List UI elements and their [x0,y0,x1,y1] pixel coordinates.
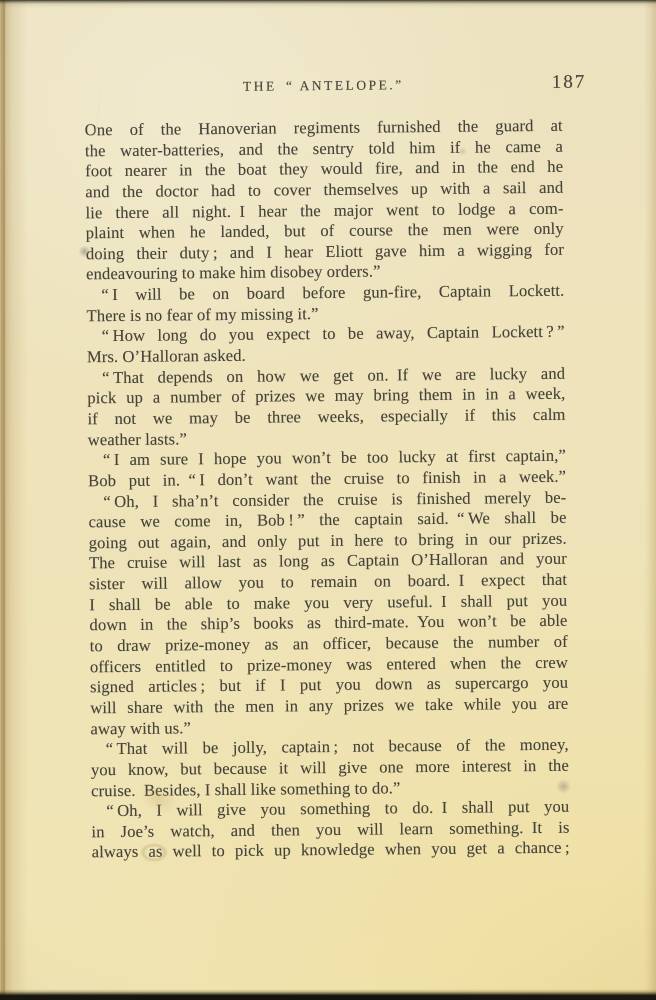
spine-shadow-line [3,0,5,1000]
running-title: THE “ ANTELOPE.” [243,77,404,95]
book-page: THE “ ANTELOPE.” 187 One of the Hanoveri… [0,0,656,1000]
page-edge-bottom [0,989,656,1000]
text-line: always as well to pick up knowledge when… [92,838,570,863]
page-edge-right [644,0,656,1000]
page-body: One of the Hanoverian regiments furnishe… [85,116,570,864]
page-number: 187 [552,71,587,93]
page-edge-left [0,0,28,1000]
page-content: THE “ ANTELOPE.” 187 One of the Hanoveri… [84,72,570,864]
page-edge-top [0,0,656,8]
page-header: THE “ ANTELOPE.” 187 [84,72,562,111]
